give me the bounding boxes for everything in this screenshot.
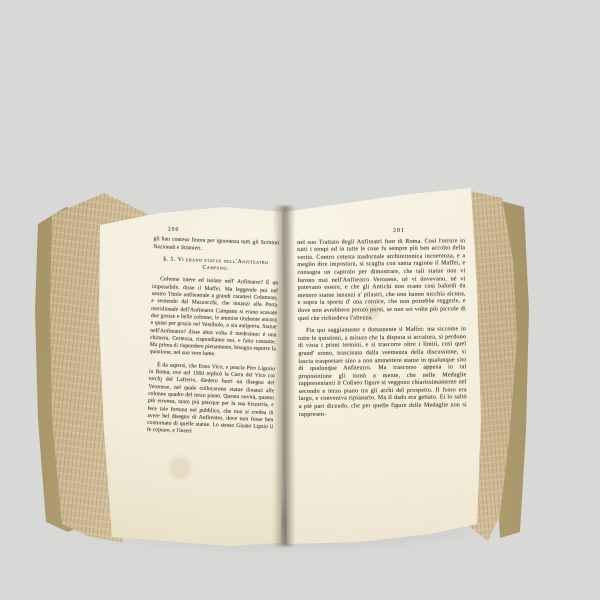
left-page-paragraph-2: È da sapersi, che Enea Vico, e poscia Pi…: [147, 362, 275, 439]
right-page-paragraph-1: nel suo Trattato degli Anfiteatri fuor d…: [297, 238, 466, 323]
section-heading: §. 5. Vi erano statue nell'Anfiteatro Ca…: [152, 256, 278, 275]
right-page-text-block: 201 nel suo Trattato degli Anfiteatri fu…: [297, 227, 467, 419]
right-page-number: 201: [297, 227, 465, 236]
left-page-paragraph-1: Colonne intere ed isolate nell' Anfiteat…: [149, 276, 278, 361]
left-page-text-block: 200 gli han conteso finora per ignoranza…: [147, 226, 280, 439]
right-page-paragraph-2: Fin qui saggiamente e dottamente il Maff…: [298, 326, 467, 419]
left-page-intro-paragraph: gli han conteso finora per ignoranza tut…: [153, 236, 279, 255]
photo-background: 200 gli han conteso finora per ignoranza…: [0, 0, 600, 600]
